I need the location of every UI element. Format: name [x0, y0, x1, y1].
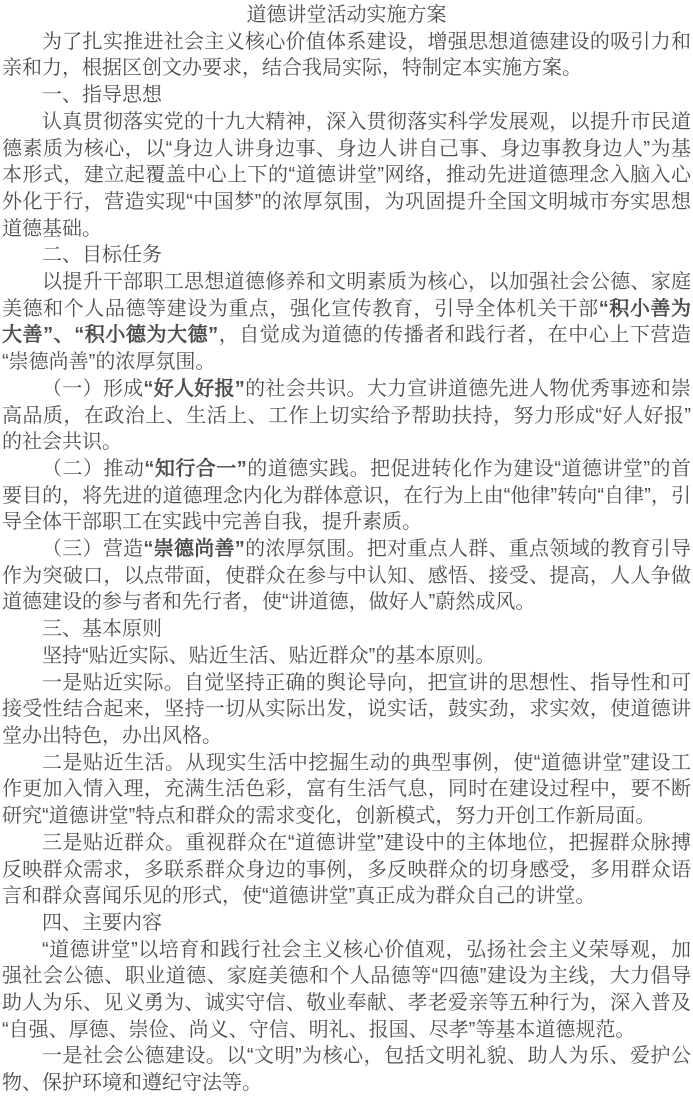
- paragraph: 三是贴近群众。重视群众在“道德讲堂”建设中的主体地位，把握群众脉搏反映群众需求，…: [2, 830, 691, 910]
- text-run: 二是贴近生活。从现实生活中挖掘生动的典型事例，使“道德讲堂”建设工作更加入情入理…: [2, 752, 691, 827]
- text-run: 二、目标任务: [42, 244, 162, 266]
- text-run: 坚持“贴近实际、贴近生活、贴近群众”的基本原则。: [42, 645, 495, 667]
- emphasized-text-run: “知行合一”: [144, 458, 246, 480]
- section-heading: 三、基本原则: [2, 616, 691, 643]
- text-run: “道德讲堂”以培育和践行社会主义核心价值观，弘扬社会主义荣辱观，加强社会公德、职…: [2, 939, 691, 1041]
- paragraph: 以提升干部职工思想道德修养和文明素质为核心，以加强社会公德、家庭美德和个人品德等…: [2, 269, 691, 376]
- document-page: 道德讲堂活动实施方案 为了扎实推进社会主义核心价值体系建设，增强思想道德建设的吸…: [0, 0, 693, 1097]
- paragraph: 一是贴近实际。自觉坚持正确的舆论导向，把宣讲的思想性、指导性和可接受性结合起来，…: [2, 670, 691, 750]
- text-run: 一是社会公德建设。以“文明”为核心，包括文明礼貌、助人为乐、爱护公物、保护环境和…: [2, 1045, 691, 1094]
- paragraph: （三）营造“崇德尚善”的浓厚氛围。把对重点人群、重点领域的教育引导作为突破口，以…: [2, 536, 691, 616]
- section-heading: 四、主要内容: [2, 910, 691, 937]
- emphasized-text-run: “好人好报”: [143, 378, 244, 400]
- paragraph: 认真贯彻落实党的十九大精神，深入贯彻落实科学发展观，以提升市民道德素质为核心，以…: [2, 109, 691, 243]
- text-run: （一）形成: [42, 378, 143, 400]
- section-heading: 二、目标任务: [2, 242, 691, 269]
- text-run: （二）推动: [42, 458, 144, 480]
- text-run: 四、主要内容: [42, 912, 162, 934]
- text-run: 认真贯彻落实党的十九大精神，深入贯彻落实科学发展观，以提升市民道德素质为核心，以…: [2, 111, 691, 240]
- emphasized-text-run: “崇德尚善”: [143, 538, 244, 560]
- section-heading: 一、指导思想: [2, 82, 691, 109]
- paragraph: 一是社会公德建设。以“文明”为核心，包括文明礼貌、助人为乐、爱护公物、保护环境和…: [2, 1043, 691, 1096]
- text-run: 一是贴近实际。自觉坚持正确的舆论导向，把宣讲的思想性、指导性和可接受性结合起来，…: [2, 672, 691, 747]
- text-run: 一、指导思想: [42, 84, 162, 106]
- text-run: 三、基本原则: [42, 618, 162, 640]
- paragraph: 坚持“贴近实际、贴近生活、贴近群众”的基本原则。: [2, 643, 691, 670]
- paragraph: （二）推动“知行合一”的道德实践。把促进转化作为建设“道德讲堂”的首要目的，将先…: [2, 456, 691, 536]
- paragraph: （一）形成“好人好报”的社会共识。大力宣讲道德先进人物优秀事迹和崇高品质，在政治…: [2, 376, 691, 456]
- paragraph: “道德讲堂”以培育和践行社会主义核心价值观，弘扬社会主义荣辱观，加强社会公德、职…: [2, 937, 691, 1044]
- document-body: 为了扎实推进社会主义核心价值体系建设，增强思想道德建设的吸引力和亲和力，根据区创…: [2, 29, 691, 1097]
- text-run: 以提升干部职工思想道德修养和文明素质为核心，以加强社会公德、家庭美德和个人品德等…: [2, 271, 691, 320]
- text-run: 为了扎实推进社会主义核心价值体系建设，增强思想道德建设的吸引力和亲和力，根据区创…: [2, 31, 691, 80]
- paragraph: 为了扎实推进社会主义核心价值体系建设，增强思想道德建设的吸引力和亲和力，根据区创…: [2, 29, 691, 82]
- document-title: 道德讲堂活动实施方案: [2, 2, 691, 29]
- paragraph: 二是贴近生活。从现实生活中挖掘生动的典型事例，使“道德讲堂”建设工作更加入情入理…: [2, 750, 691, 830]
- text-run: 三是贴近群众。重视群众在“道德讲堂”建设中的主体地位，把握群众脉搏反映群众需求，…: [2, 832, 691, 907]
- text-run: （三）营造: [42, 538, 143, 560]
